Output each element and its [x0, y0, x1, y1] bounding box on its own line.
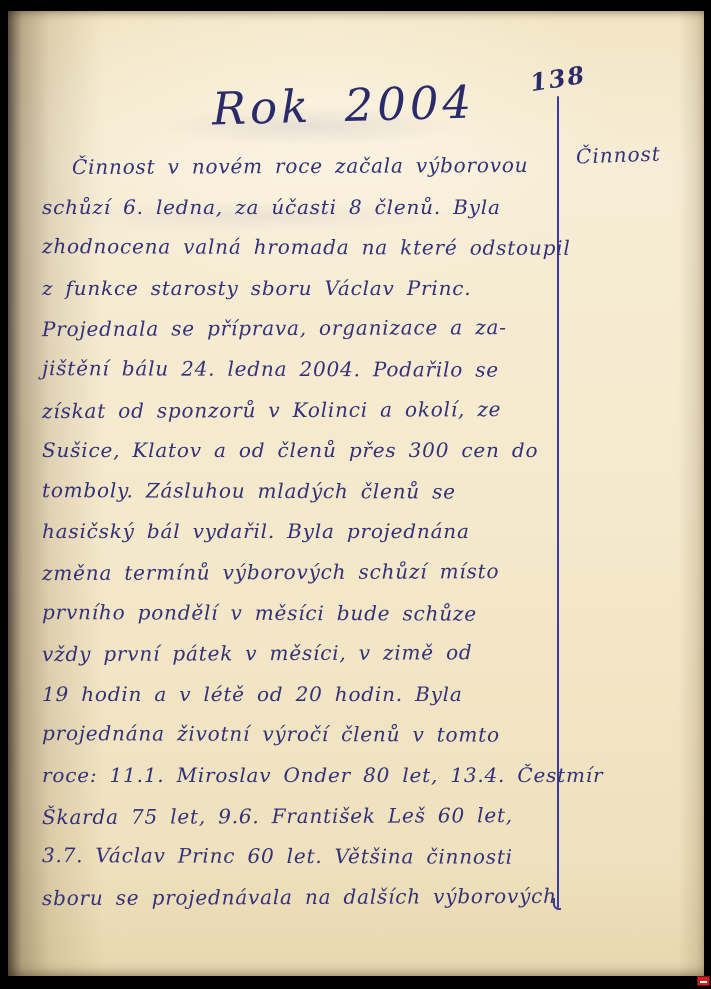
- margin-note: Činnost: [576, 142, 662, 169]
- handwritten-line: Škarda 75 let, 9.6. František Leš 60 let…: [42, 794, 556, 837]
- minimize-badge-icon: [697, 976, 710, 986]
- handwritten-line: sboru se projednávala na dalších výborov…: [42, 876, 556, 919]
- handwritten-line: 3.7. Václav Princ 60 let. Většina činnos…: [42, 835, 556, 877]
- handwritten-line: roce: 11.1. Miroslav Onder 80 let, 13.4.…: [42, 755, 556, 796]
- handwritten-line: získat od sponzorů v Kolinci a okolí, ze: [42, 388, 556, 431]
- handwritten-line: zhodnocena valná hromada na které odstou…: [42, 226, 556, 268]
- handwritten-line: z funkce starosty sboru Václav Princ.: [42, 268, 556, 309]
- handwritten-line: projednána životní výročí členů v tomto: [42, 713, 556, 755]
- handwritten-line: Činnost v novém roce začala výborovou: [42, 145, 556, 188]
- handwritten-line: jištění bálu 24. ledna 2004. Podařilo se: [42, 348, 556, 390]
- minus-glyph: [700, 981, 707, 983]
- handwritten-line: Sušice, Klatov a od členů přes 300 cen d…: [42, 430, 556, 471]
- page-number: 138: [528, 60, 588, 97]
- handwritten-line: schůzí 6. ledna, za účasti 8 členů. Byla: [42, 187, 556, 228]
- scanned-page-photo: 138 Rok 2004 Činnost Činnost v novém roc…: [0, 0, 711, 989]
- handwritten-line: Projednala se příprava, organizace a za-: [42, 307, 556, 350]
- handwritten-line: vždy první pátek v měsíci, v zimě od: [42, 632, 556, 675]
- page-title: Rok 2004: [211, 76, 475, 136]
- chronicle-page: 138 Rok 2004 Činnost Činnost v novém roc…: [8, 11, 704, 976]
- body-text: Činnost v novém roce začala výborovousch…: [42, 146, 556, 917]
- handwritten-line: tomboly. Zásluhou mladých členů se: [42, 470, 556, 512]
- handwritten-line: hasičský bál vydařil. Byla projednána: [42, 511, 556, 552]
- handwritten-line: 19 hodin a v létě od 20 hodin. Byla: [42, 674, 556, 715]
- handwritten-line: prvního pondělí v měsíci bude schůze: [42, 592, 556, 634]
- handwritten-line: změna termínů výborových schůzí místo: [42, 551, 556, 594]
